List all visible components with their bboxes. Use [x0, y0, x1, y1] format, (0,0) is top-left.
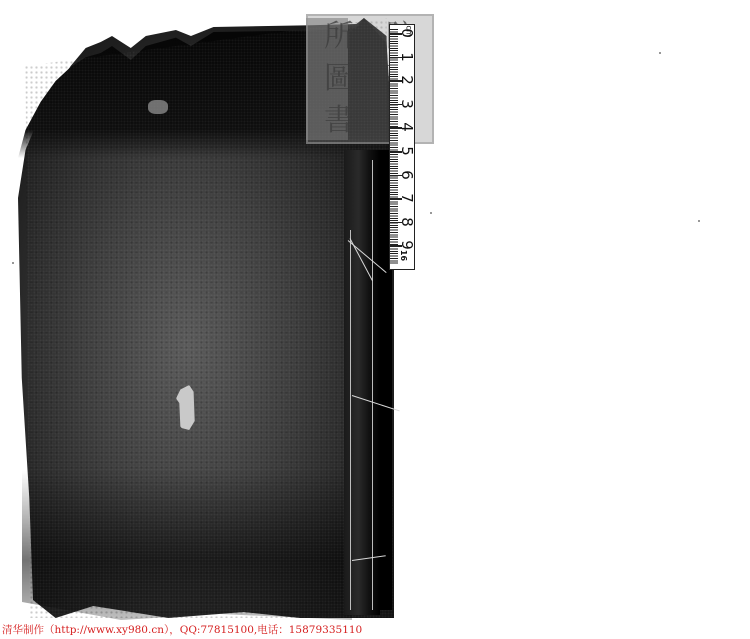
- ruler-number: 2: [399, 72, 415, 88]
- scan-speck: [12, 262, 14, 264]
- ruler-number: 7: [399, 190, 415, 206]
- ruler-number: 6: [399, 167, 415, 183]
- ruler-number: 1: [399, 49, 415, 65]
- scan-speck: [698, 220, 700, 222]
- footer-credit: 清华制作（http://www.xy980.cn），QQ:77815100,电话…: [2, 622, 362, 638]
- cover-spot: [148, 100, 168, 114]
- spine-stitch-line: [372, 160, 373, 610]
- scanned-page: 所 院 圖 研 書 究 cm 0123456789 16 清华制作（http:/…: [0, 0, 750, 639]
- ruler-number: 5: [399, 143, 415, 159]
- measuring-ruler: cm 0123456789 16: [389, 24, 415, 270]
- ruler-number: 4: [399, 119, 415, 135]
- seal-char: 所: [324, 22, 354, 52]
- scan-speck: [659, 52, 661, 54]
- ruler-ticks: [390, 29, 398, 265]
- ruler-number: 0: [399, 25, 415, 41]
- ruler-end-label: 16: [399, 250, 408, 261]
- scan-speck: [430, 212, 432, 214]
- cover-bottom-stain: [22, 470, 352, 620]
- spine-stitch-line: [350, 230, 351, 610]
- seal-char: 書: [324, 106, 354, 136]
- ruler-number: 3: [399, 96, 415, 112]
- seal-char: 圖: [324, 64, 354, 94]
- ruler-number: 8: [399, 214, 415, 230]
